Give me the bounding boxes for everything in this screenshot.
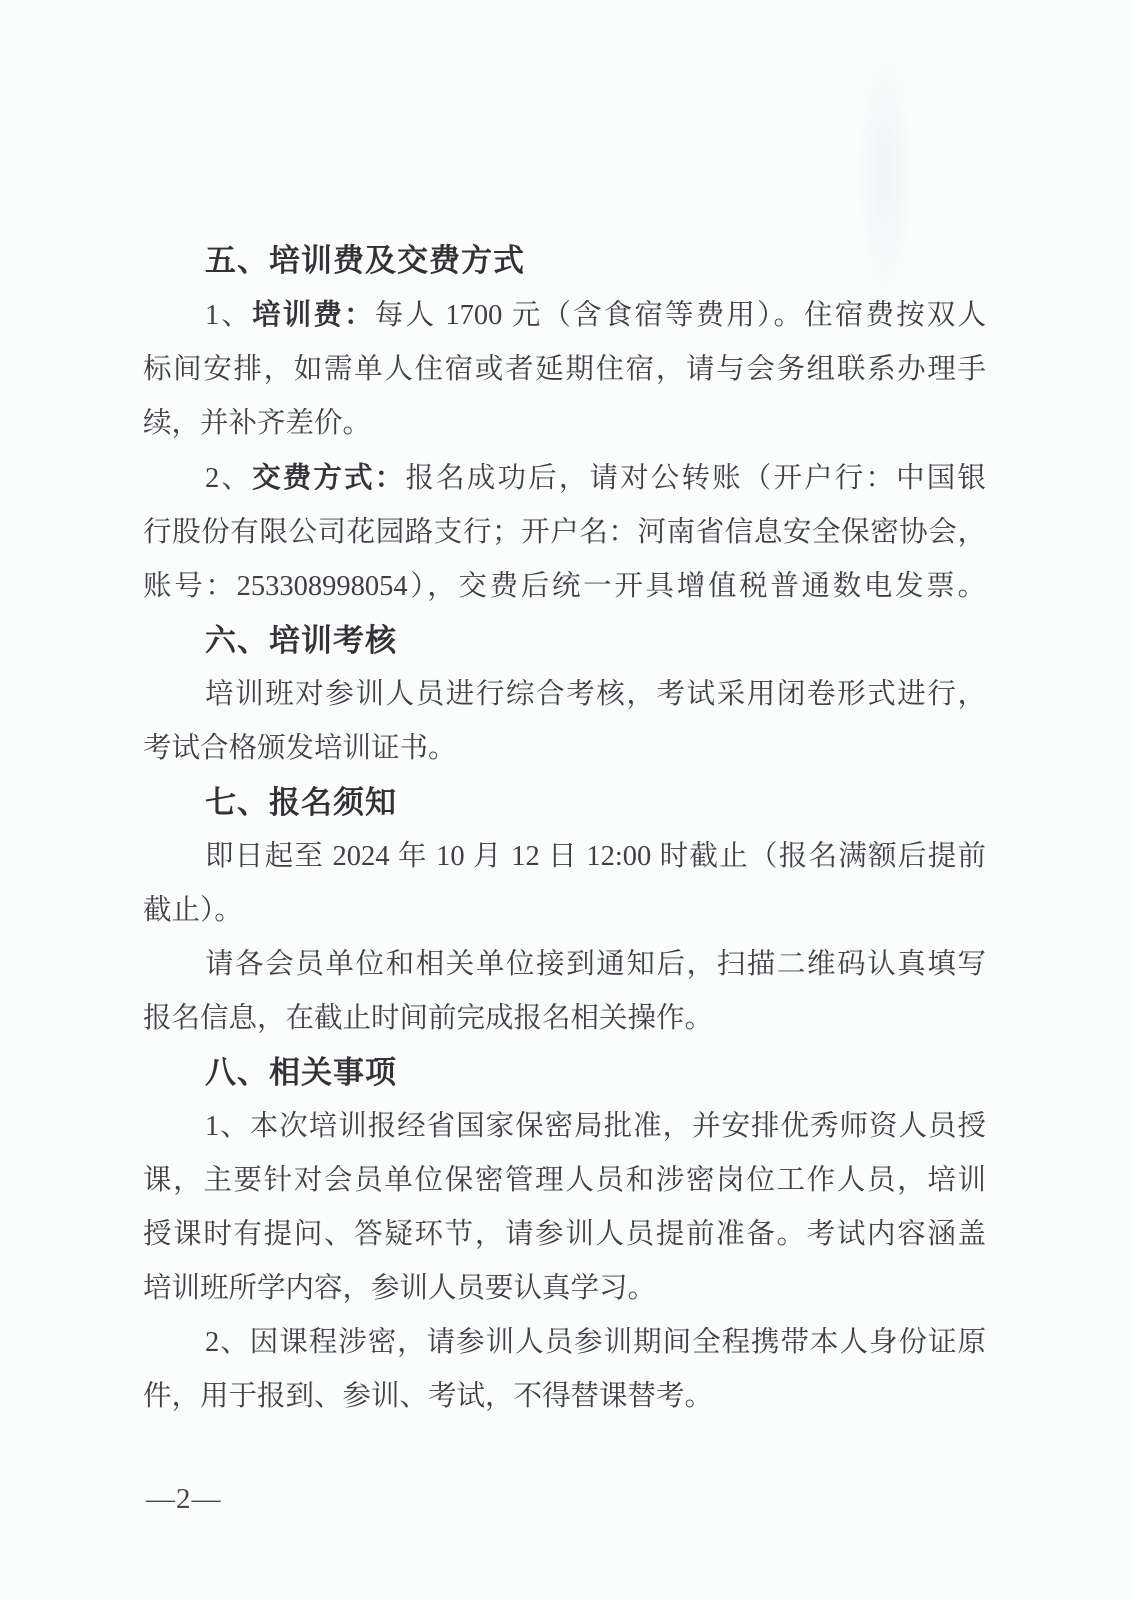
- body-text: 件，用于报到、参训、考试，不得替课替考。: [143, 1381, 713, 1412]
- emphasis-text: 交费方式：: [252, 462, 405, 494]
- text-line: 截止）。: [143, 884, 986, 938]
- text-line: 行股份有限公司花园路支行；开户名：河南省信息安全保密协会，: [143, 506, 986, 560]
- page-number: —2—: [146, 1472, 222, 1526]
- body-text: 报名信息，在截止时间前完成报名相关操作。: [143, 1003, 713, 1034]
- body-text: 每人 1700 元（含食宿等费用）。住宿费按双人: [375, 300, 986, 331]
- body-text: 1、本次培训报经省国家保密局批准，并安排优秀师资人员授: [205, 1111, 986, 1142]
- text-line: 1、培训费：每人 1700 元（含食宿等费用）。住宿费按双人: [143, 288, 986, 343]
- text-line: 标间安排，如需单人住宿或者延期住宿，请与会务组联系办理手: [143, 343, 986, 397]
- text-line: 1、本次培训报经省国家保密局批准，并安排优秀师资人员授: [143, 1100, 986, 1154]
- body-text: 行股份有限公司花园路支行；开户名：河南省信息安全保密协会，: [143, 517, 986, 548]
- text-line: 课，主要针对会员单位保密管理人员和涉密岗位工作人员，培训: [143, 1154, 986, 1208]
- body-text: 课，主要针对会员单位保密管理人员和涉密岗位工作人员，培训: [143, 1165, 986, 1196]
- text-line: 件，用于报到、参训、考试，不得替课替考。: [143, 1370, 986, 1424]
- section-heading: 五、培训费及交费方式: [143, 234, 986, 288]
- text-line: 请各会员单位和相关单位接到通知后，扫描二维码认真填写: [143, 938, 986, 992]
- section-heading: 八、相关事项: [143, 1046, 986, 1100]
- section-heading: 六、培训考核: [143, 614, 986, 668]
- body-text: 截止）。: [143, 895, 243, 926]
- body-text: 1、: [205, 300, 252, 331]
- body-text: 考试合格颁发培训证书。: [143, 733, 457, 764]
- body-text: 账号：253308998054），交费后统一开具增值税普通数电发票。: [143, 571, 986, 602]
- body-text: 续，并补齐差价。: [143, 408, 371, 439]
- body-text: 即日起至 2024 年 10 月 12 日 12:00 时截止（报名满额后提前: [205, 841, 986, 872]
- body-text: 请各会员单位和相关单位接到通知后，扫描二维码认真填写: [205, 949, 986, 980]
- section-heading: 七、报名须知: [143, 776, 986, 830]
- text-line: 2、因课程涉密，请参训人员参训期间全程携带本人身份证原: [143, 1316, 986, 1370]
- body-text: 标间安排，如需单人住宿或者延期住宿，请与会务组联系办理手: [143, 354, 986, 385]
- body-text: 培训班对参训人员进行综合考核，考试采用闭卷形式进行，: [205, 679, 986, 710]
- text-line: 考试合格颁发培训证书。: [143, 722, 986, 776]
- text-line: 账号：253308998054），交费后统一开具增值税普通数电发票。: [143, 560, 986, 614]
- body-text: 授课时有提问、答疑环节，请参训人员提前准备。考试内容涵盖: [143, 1219, 986, 1250]
- body-text: 报名成功后，请对公转账（开户行：中国银: [405, 463, 986, 494]
- text-line: 2、交费方式：报名成功后，请对公转账（开户行：中国银: [143, 451, 986, 506]
- text-line: 续，并补齐差价。: [143, 397, 986, 451]
- document-body: 五、培训费及交费方式1、培训费：每人 1700 元（含食宿等费用）。住宿费按双人…: [143, 234, 986, 1424]
- body-text: 2、因课程涉密，请参训人员参训期间全程携带本人身份证原: [205, 1327, 986, 1358]
- body-text: 培训班所学内容，参训人员要认真学习。: [143, 1273, 656, 1304]
- text-line: 授课时有提问、答疑环节，请参训人员提前准备。考试内容涵盖: [143, 1208, 986, 1262]
- text-line: 即日起至 2024 年 10 月 12 日 12:00 时截止（报名满额后提前: [143, 830, 986, 884]
- body-text: 2、: [205, 463, 252, 494]
- text-line: 报名信息，在截止时间前完成报名相关操作。: [143, 992, 986, 1046]
- text-line: 培训班所学内容，参训人员要认真学习。: [143, 1262, 986, 1316]
- document-page: 五、培训费及交费方式1、培训费：每人 1700 元（含食宿等费用）。住宿费按双人…: [0, 0, 1131, 1600]
- emphasis-text: 培训费：: [252, 299, 375, 331]
- text-line: 培训班对参训人员进行综合考核，考试采用闭卷形式进行，: [143, 668, 986, 722]
